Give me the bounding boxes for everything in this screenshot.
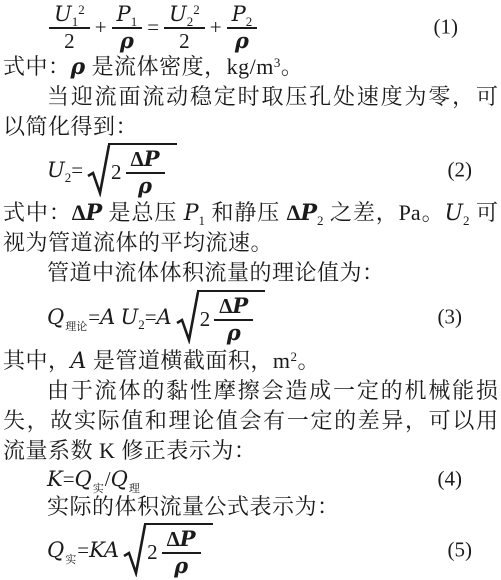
equation-5: Q实=KA 2 ΔP ρ (5): [3, 522, 498, 578]
numerator: U12: [49, 3, 90, 29]
denominator-rho: ρ: [235, 29, 249, 52]
square-root: 2 ΔP ρ: [176, 290, 265, 344]
denominator-rho: ρ: [174, 554, 188, 577]
equals-operator: =: [147, 15, 159, 40]
paragraph-area-definition: 其中，A 是管道横截面积，m2。: [3, 346, 498, 376]
paragraph-deltaP-definition-line1: 式中：ΔP 是总压 P1 和静压 ΔP2 之差，Pa。U2 可: [3, 198, 498, 228]
paragraph-actual-flow-intro: 实际的体积流量公式表示为：: [3, 492, 498, 522]
equation-body: U2= 2 ΔP ρ: [47, 143, 177, 197]
lhs: U2=: [47, 158, 83, 183]
numerator: P1: [112, 3, 143, 29]
equation-number: (4): [438, 467, 463, 492]
equation-3: Q理论=A U2=A 2 ΔP ρ (3): [3, 288, 498, 346]
fraction: ΔP ρ: [162, 528, 201, 577]
paragraph-rho-definition: 式中：ρ 是流体密度，kg/m3。: [3, 52, 498, 82]
radicand: 2 ΔP ρ: [144, 523, 212, 577]
equation-number: (1): [434, 15, 459, 40]
document-page: U12 2 + P1 ρ = U22 2 + P2 ρ (1) 式中：ρ 是流体…: [0, 0, 501, 580]
square-root: 2 ΔP ρ: [87, 143, 176, 197]
radicand: 2 ΔP ρ: [108, 143, 176, 197]
numerator: ΔP: [162, 528, 201, 554]
equation-body: Q实=KA 2 ΔP ρ: [47, 523, 213, 577]
plus-operator: +: [95, 15, 107, 40]
paragraph-deltaP-definition-line2: 视为管道流体的平均流速。: [3, 228, 498, 258]
equation-body: Q理论=A U2=A 2 ΔP ρ: [47, 290, 265, 344]
fraction: P2 ρ: [227, 3, 258, 52]
fraction: P1 ρ: [112, 3, 143, 52]
area-symbol: A: [71, 349, 87, 374]
equation-number: (3): [438, 305, 463, 330]
numerator: P2: [227, 3, 258, 29]
fraction: U22 2: [164, 3, 205, 52]
radicand: 2 ΔP ρ: [197, 290, 265, 344]
paragraph-flow-coefficient-intro-line2: 失，故实际值和理论值会有一定的差异，可以用: [3, 406, 498, 436]
square-root: 2 ΔP ρ: [123, 523, 212, 577]
fraction: ΔP ρ: [214, 295, 253, 344]
denominator: 2: [64, 29, 75, 52]
paragraph-volume-flow-intro: 管道中流体体积流量的理论值为：: [3, 258, 498, 288]
denominator-rho: ρ: [227, 321, 241, 344]
equation-body: K=Q实/Q理: [47, 467, 141, 492]
plus-operator: +: [210, 15, 222, 40]
denominator-rho: ρ: [120, 29, 134, 52]
numerator: ΔP: [214, 295, 253, 321]
lhs: Q实=KA: [47, 538, 119, 563]
numerator: ΔP: [126, 148, 165, 174]
paragraph-simplify-intro-line2: 以简化得到：: [3, 112, 498, 142]
equation-body: U12 2 + P1 ρ = U22 2 + P2 ρ: [47, 3, 259, 52]
equation-1: U12 2 + P1 ρ = U22 2 + P2 ρ (1): [3, 2, 498, 52]
lhs: Q理论=A U2=A: [47, 305, 172, 330]
numerator: U22: [164, 3, 205, 29]
paragraph-flow-coefficient-intro-line1: 由于流体的黏性摩擦会造成一定的机械能损: [3, 376, 498, 406]
equation-2: U2= 2 ΔP ρ (2): [3, 142, 498, 198]
fraction: ΔP ρ: [126, 148, 165, 197]
denominator-rho: ρ: [138, 174, 152, 197]
denominator: 2: [179, 29, 190, 52]
equation-number: (5): [448, 538, 473, 563]
rho-symbol: ρ: [71, 54, 86, 80]
paragraph-simplify-intro-line1: 当迎流面流动稳定时取压孔处速度为零，可: [3, 82, 498, 112]
equation-4: K=Q实/Q理 (4): [3, 466, 498, 492]
paragraph-flow-coefficient-intro-line3: 流量系数 K 修正表示为：: [3, 436, 498, 466]
equation-number: (2): [448, 158, 473, 183]
fraction: U12 2: [49, 3, 90, 52]
